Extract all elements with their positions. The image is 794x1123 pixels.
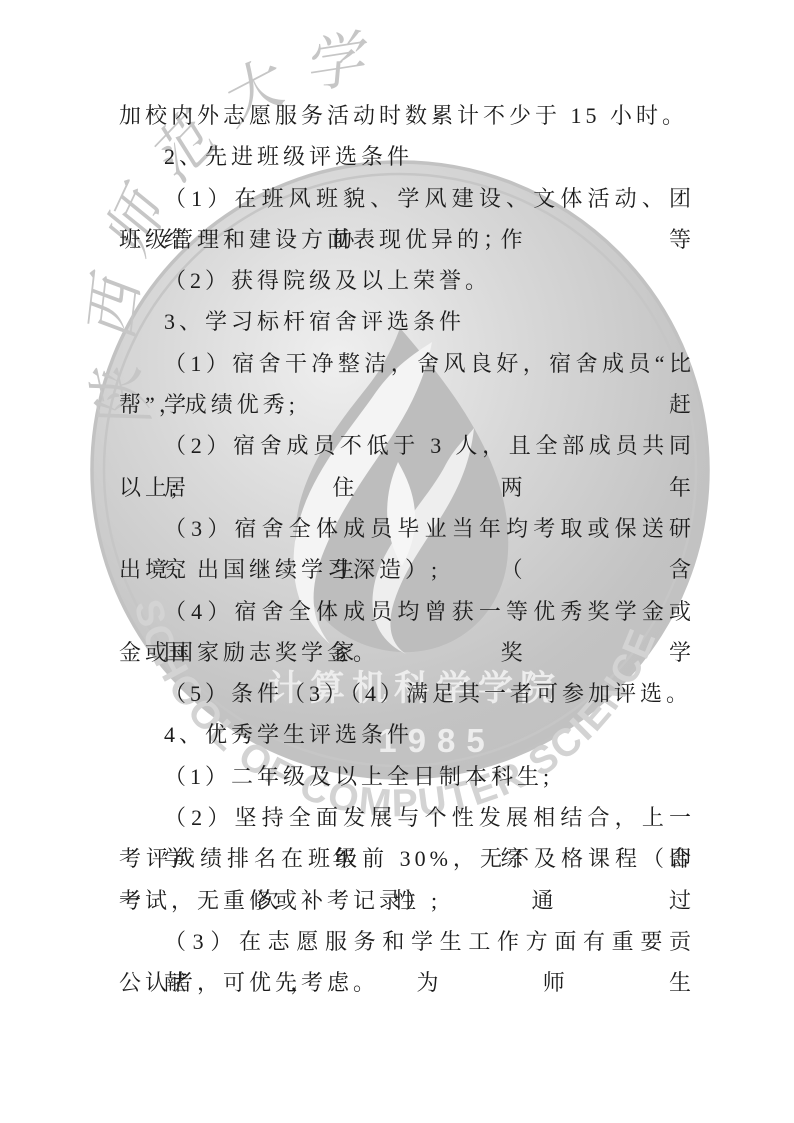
text-line: 考评成绩排名在班级前 30%，无不及格课程（即一次性通过	[119, 838, 695, 879]
text-line: （1）宿舍干净整洁，舍风良好，宿舍成员“比学赶	[119, 343, 695, 384]
text-line: （3）在志愿服务和学生工作方面有重要贡献，为师生	[119, 921, 695, 962]
document-page: 陕西师范大学 SCHOOL OF COMPUTER SCIENCE 计算机科学学…	[0, 0, 794, 1123]
text-line: （1）在班风班貌、学风建设、文体活动、团结协作等	[119, 178, 695, 219]
text-line: （5）条件（3）（4）满足其一者可参加评选。	[119, 673, 695, 714]
text-line: （2）宿舍成员不低于 3 人，且全部成员共同居住两年	[119, 425, 695, 466]
text-line: 加校内外志愿服务活动时数累计不少于 15 小时。	[119, 95, 695, 136]
text-line: （2）获得院级及以上荣誉。	[119, 260, 695, 301]
document-body: 加校内外志愿服务活动时数累计不少于 15 小时。2、先进班级评选条件（1）在班风…	[119, 95, 695, 1004]
text-line: 2、先进班级评选条件	[119, 136, 695, 177]
text-line: （3）宿舍全体成员毕业当年均考取或保送研究生（含	[119, 508, 695, 549]
text-line: （4）宿舍全体成员均曾获一等优秀奖学金或国家奖学	[119, 591, 695, 632]
text-line: 4、优秀学生评选条件	[119, 714, 695, 755]
text-line: 3、学习标杆宿舍评选条件	[119, 301, 695, 342]
text-line: （1）二年级及以上全日制本科生;	[119, 756, 695, 797]
text-line: （2）坚持全面发展与个性发展相结合，上一学年综合	[119, 797, 695, 838]
